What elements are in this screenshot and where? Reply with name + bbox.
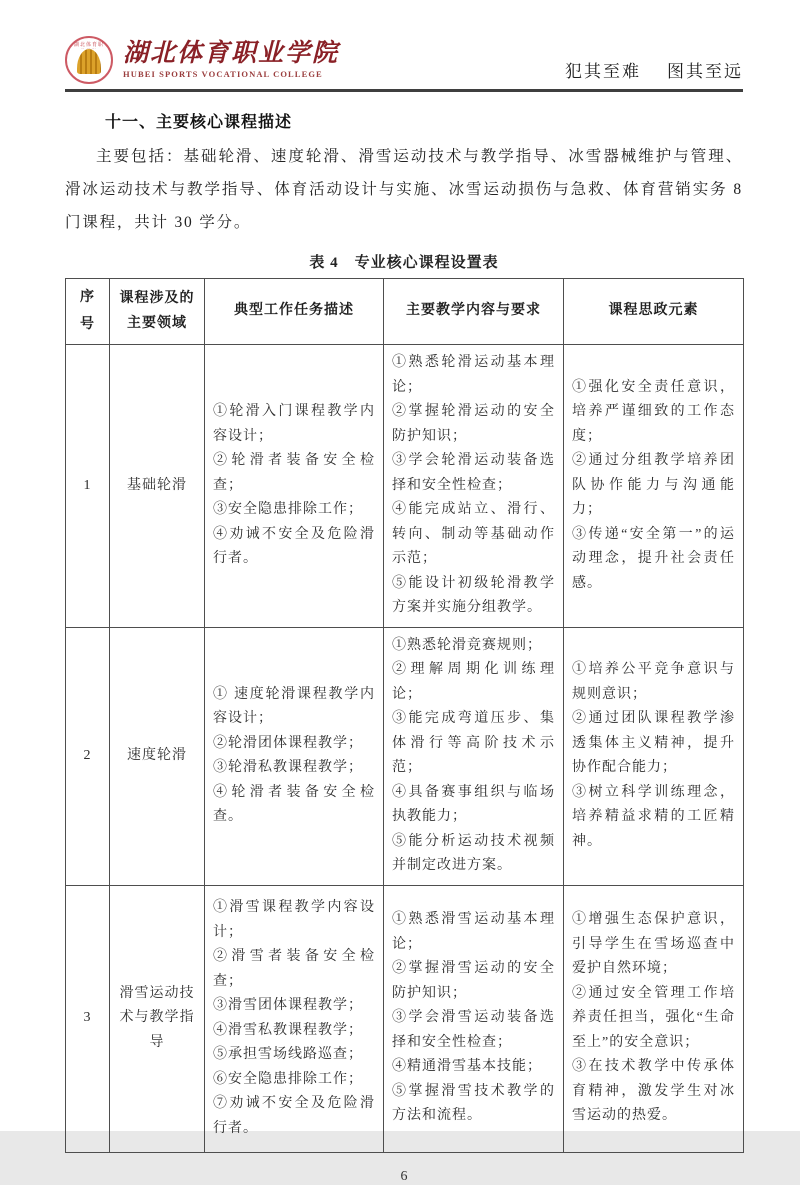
- col-header-seq: 序号: [66, 279, 110, 345]
- emblem-arc-text: 湖北体育职业学院: [74, 41, 104, 49]
- document-page: 湖北体育职业学院 湖北体育职业学院 HUBEI SPORTS VOCATIONA…: [0, 0, 800, 1131]
- col-header-domain: 课程涉及的主要领域: [110, 279, 205, 345]
- content-item: ⑤能分析运动技术视频并制定改进方案。: [392, 830, 555, 879]
- tasks-cell: ①滑雪课程教学内容设计； ②滑雪者装备安全检查； ③滑雪团体课程教学； ④滑雪私…: [205, 885, 384, 1152]
- task-item: ②轮滑团体课程教学；: [213, 732, 375, 757]
- content-item: ④精通滑雪基本技能；: [392, 1055, 555, 1080]
- ideology-item: ③树立科学训练理念，培养精益求精的工匠精神。: [572, 781, 735, 855]
- content-item: ②理解周期化训练理论；: [392, 658, 555, 707]
- ideology-item: ①增强生态保护意识，引导学生在雪场巡查中爱护自然环境；: [572, 908, 735, 982]
- content-item: ③能完成弯道压步、集体滑行等高阶技术示范；: [392, 707, 555, 781]
- content-item: ③学会轮滑运动装备选择和安全性检查；: [392, 449, 555, 498]
- college-logo-icon: 湖北体育职业学院: [65, 36, 113, 84]
- core-courses-table: 序号 课程涉及的主要领域 典型工作任务描述 主要教学内容与要求 课程思政元素 1…: [65, 278, 744, 1153]
- task-item: ④劝诫不安全及危险滑行者。: [213, 523, 375, 572]
- section-heading: 十一、主要核心课程描述: [105, 109, 743, 132]
- task-item: ④滑雪私教课程教学；: [213, 1019, 375, 1044]
- motto-right: 图其至远: [667, 62, 743, 81]
- ideology-item: ③在技术教学中传承体育精神，激发学生对冰雪运动的热爱。: [572, 1055, 735, 1129]
- task-item: ⑦劝诫不安全及危险滑行者。: [213, 1092, 375, 1141]
- ideology-cell: ①强化安全责任意识，培养严谨细致的工作态度； ②通过分组教学培养团队协作能力与沟…: [564, 345, 744, 628]
- content-item: ②掌握轮滑运动的安全防护知识；: [392, 400, 555, 449]
- task-item: ①滑雪课程教学内容设计；: [213, 896, 375, 945]
- section-paragraph: 主要包括：基础轮滑、速度轮滑、滑雪运动技术与教学指导、冰雪器械维护与管理、滑冰运…: [65, 140, 743, 239]
- task-item: ① 速度轮滑课程教学内容设计；: [213, 683, 375, 732]
- task-item: ②滑雪者装备安全检查；: [213, 945, 375, 994]
- college-brand: 湖北体育职业学院 湖北体育职业学院 HUBEI SPORTS VOCATIONA…: [65, 36, 339, 84]
- header-divider: [65, 89, 743, 92]
- domain-cell: 基础轮滑: [110, 345, 205, 628]
- content-item: ⑤能设计初级轮滑教学方案并实施分组教学。: [392, 572, 555, 621]
- ideology-item: ②通过团队课程教学渗透集体主义精神，提升协作配合能力；: [572, 707, 735, 781]
- table-row: 3 滑雪运动技术与教学指导 ①滑雪课程教学内容设计； ②滑雪者装备安全检查； ③…: [66, 885, 744, 1152]
- ideology-cell: ①增强生态保护意识，引导学生在雪场巡查中爱护自然环境； ②通过安全管理工作培养责…: [564, 885, 744, 1152]
- task-item: ④轮滑者装备安全检查。: [213, 781, 375, 830]
- contents-cell: ①熟悉轮滑运动基本理论； ②掌握轮滑运动的安全防护知识； ③学会轮滑运动装备选择…: [384, 345, 564, 628]
- task-item: ①轮滑入门课程教学内容设计；: [213, 400, 375, 449]
- content-item: ③学会滑雪运动装备选择和安全性检查；: [392, 1006, 555, 1055]
- table-row: 1 基础轮滑 ①轮滑入门课程教学内容设计； ②轮滑者装备安全检查； ③安全隐患排…: [66, 345, 744, 628]
- tasks-cell: ① 速度轮滑课程教学内容设计； ②轮滑团体课程教学； ③轮滑私教课程教学； ④轮…: [205, 627, 384, 885]
- college-name-zh: 湖北体育职业学院: [123, 41, 339, 67]
- ideology-cell: ①培养公平竞争意识与规则意识； ②通过团队课程教学渗透集体主义精神，提升协作配合…: [564, 627, 744, 885]
- emblem-torch-icon: [77, 49, 101, 74]
- content-item: ④能完成站立、滑行、转向、制动等基础动作示范；: [392, 498, 555, 572]
- col-header-contents: 主要教学内容与要求: [384, 279, 564, 345]
- college-name-en: HUBEI SPORTS VOCATIONAL COLLEGE: [123, 70, 339, 79]
- ideology-item: ②通过分组教学培养团队协作能力与沟通能力；: [572, 449, 735, 523]
- contents-cell: ①熟悉轮滑竞赛规则； ②理解周期化训练理论； ③能完成弯道压步、集体滑行等高阶技…: [384, 627, 564, 885]
- table-row: 2 速度轮滑 ① 速度轮滑课程教学内容设计； ②轮滑团体课程教学； ③轮滑私教课…: [66, 627, 744, 885]
- col-header-tasks: 典型工作任务描述: [205, 279, 384, 345]
- ideology-item: ②通过安全管理工作培养责任担当，强化“生命至上”的安全意识；: [572, 982, 735, 1056]
- page-number: 6: [65, 1169, 743, 1185]
- ideology-item: ③传递“安全第一”的运动理念，提升社会责任感。: [572, 523, 735, 597]
- table-caption: 表 4 专业核心课程设置表: [65, 251, 743, 272]
- task-item: ③安全隐患排除工作；: [213, 498, 375, 523]
- college-names: 湖北体育职业学院 HUBEI SPORTS VOCATIONAL COLLEGE: [123, 41, 339, 79]
- col-header-ideology: 课程思政元素: [564, 279, 744, 345]
- content-item: ⑤掌握滑雪技术教学的方法和流程。: [392, 1080, 555, 1129]
- content-item: ④具备赛事组织与临场执教能力；: [392, 781, 555, 830]
- college-motto: 犯其至难图其至远: [565, 57, 743, 84]
- motto-left: 犯其至难: [565, 62, 641, 81]
- tasks-cell: ①轮滑入门课程教学内容设计； ②轮滑者装备安全检查； ③安全隐患排除工作； ④劝…: [205, 345, 384, 628]
- ideology-item: ①强化安全责任意识，培养严谨细致的工作态度；: [572, 376, 735, 450]
- domain-cell: 速度轮滑: [110, 627, 205, 885]
- task-item: ③滑雪团体课程教学；: [213, 994, 375, 1019]
- content-item: ②掌握滑雪运动的安全防护知识；: [392, 957, 555, 1006]
- domain-cell: 滑雪运动技术与教学指导: [110, 885, 205, 1152]
- contents-cell: ①熟悉滑雪运动基本理论； ②掌握滑雪运动的安全防护知识； ③学会滑雪运动装备选择…: [384, 885, 564, 1152]
- task-item: ⑥安全隐患排除工作；: [213, 1068, 375, 1093]
- task-item: ⑤承担雪场线路巡查；: [213, 1043, 375, 1068]
- seq-cell: 2: [66, 627, 110, 885]
- task-item: ③轮滑私教课程教学；: [213, 756, 375, 781]
- task-item: ②轮滑者装备安全检查；: [213, 449, 375, 498]
- table-header-row: 序号 课程涉及的主要领域 典型工作任务描述 主要教学内容与要求 课程思政元素: [66, 279, 744, 345]
- ideology-item: ①培养公平竞争意识与规则意识；: [572, 658, 735, 707]
- content-item: ①熟悉轮滑运动基本理论；: [392, 351, 555, 400]
- content-item: ①熟悉轮滑竞赛规则；: [392, 634, 555, 659]
- seq-cell: 3: [66, 885, 110, 1152]
- seq-cell: 1: [66, 345, 110, 628]
- page-header: 湖北体育职业学院 湖北体育职业学院 HUBEI SPORTS VOCATIONA…: [65, 0, 743, 84]
- content-item: ①熟悉滑雪运动基本理论；: [392, 908, 555, 957]
